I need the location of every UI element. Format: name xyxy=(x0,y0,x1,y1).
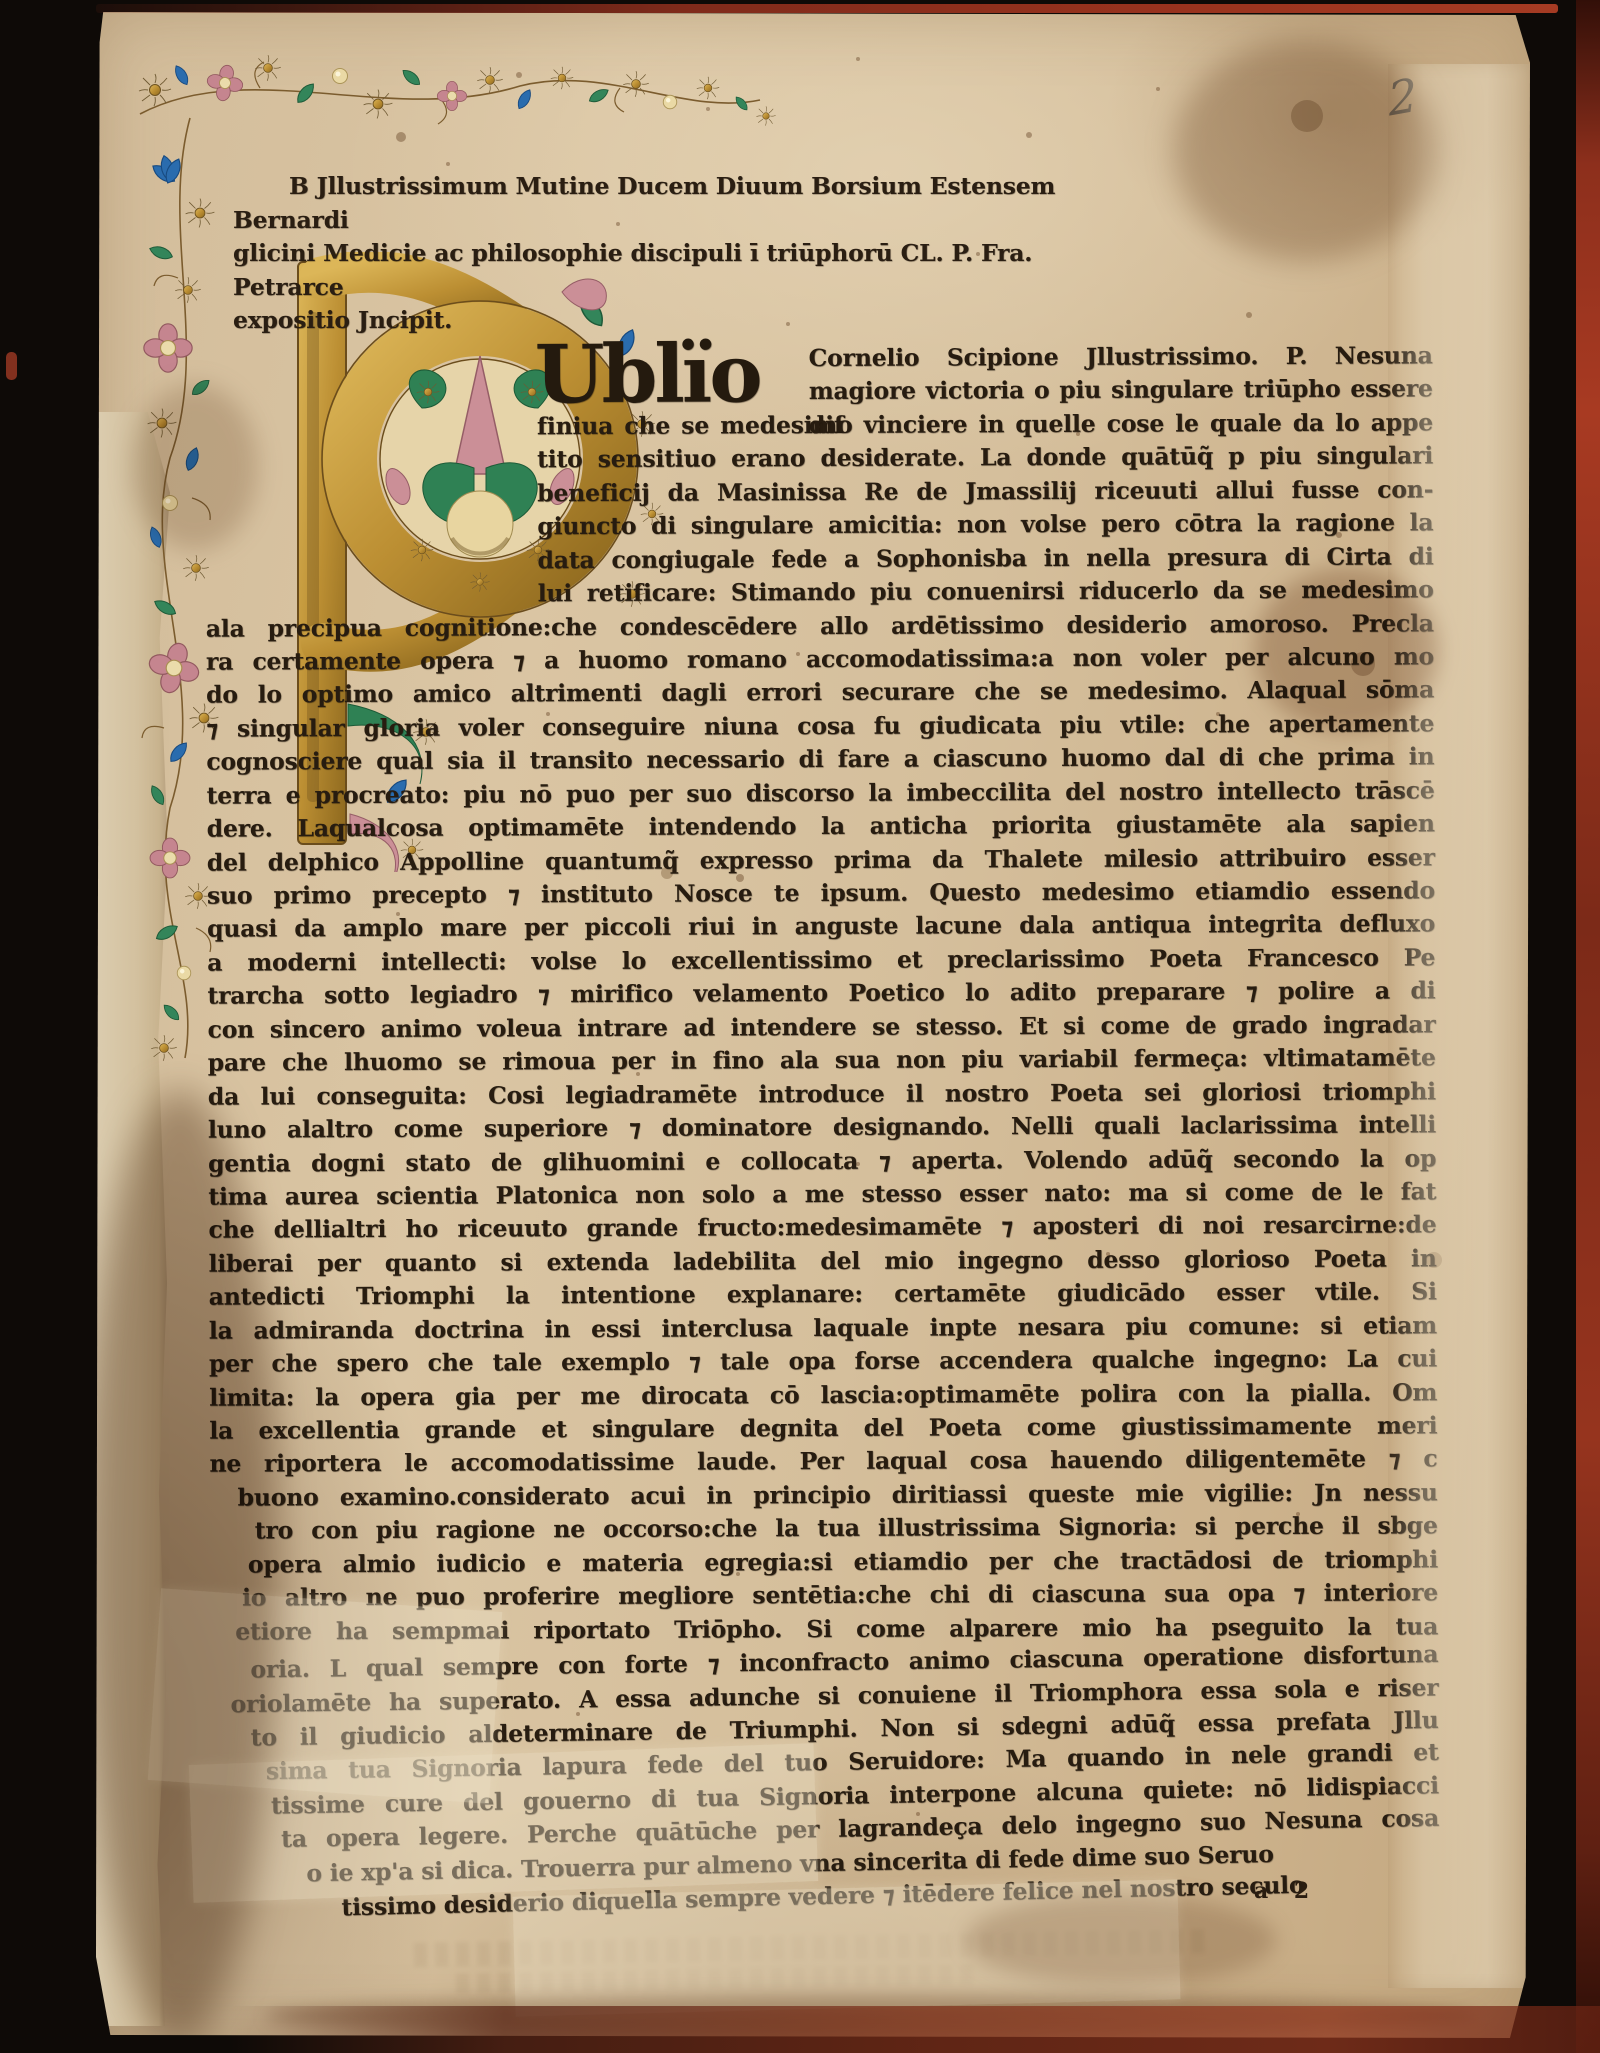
text-line: tro con piu ragione ne occorso:che la tu… xyxy=(210,1510,1438,1549)
text-line: del delphico Appolline quantumq̃ express… xyxy=(207,841,1435,880)
incipit-header: B Jllustrissimum Mutine Ducem Diuum Bors… xyxy=(233,170,1138,338)
text-line: trarcha sotto legiadro ⁊ mirifico velame… xyxy=(207,975,1435,1014)
text-line: per che spero che tale exemplo ⁊ tale op… xyxy=(209,1342,1437,1381)
text-line: che dellialtri ho riceuuto grande fructo… xyxy=(208,1209,1436,1248)
manuscript-page: B Jllustrissimum Mutine Ducem Diuum Bors… xyxy=(96,12,1530,2038)
text-line: la admiranda doctrina in essi interclusa… xyxy=(209,1309,1437,1348)
text-line: do lo optimo amico altrimenti dagli erro… xyxy=(206,674,1434,713)
digitized-book-photograph: B Jllustrissimum Mutine Ducem Diuum Bors… xyxy=(0,0,1600,2053)
text-line: liberai per quanto si extenda ladebilita… xyxy=(209,1242,1437,1281)
text-line: con sincero animo voleua intrare ad inte… xyxy=(207,1008,1435,1047)
text-line: ne riportera le accomodatissime laude. P… xyxy=(209,1443,1437,1482)
text-line: data congiugale fede a Sophonisba in nel… xyxy=(537,540,1433,577)
header-line: B Jllustrissimum Mutine Ducem Diuum Bors… xyxy=(233,170,1138,237)
text-line: la excellentia grande et singulare degni… xyxy=(209,1409,1437,1448)
text-line: giuncto di singulare amicitia: non volse… xyxy=(537,507,1433,544)
text-line: ra certamente opera ⁊ a huomo romano acc… xyxy=(206,640,1434,679)
text-line: a moderni intellecti: volse lo excellent… xyxy=(207,941,1435,980)
header-line: glicini Medicie ac philosophie discipuli… xyxy=(233,237,1138,304)
paper-speckle xyxy=(1246,312,1252,318)
paper-speckle xyxy=(1026,132,1032,138)
paper-speckle xyxy=(856,57,860,61)
text-line: Cornelio Scipione Jllustrissimo. P. Nesu… xyxy=(809,339,1433,375)
text-line: dere. Laqualcosa optimamēte intendendo l… xyxy=(207,807,1435,846)
text-line: buono examino.considerato acui in princi… xyxy=(210,1476,1438,1515)
text-line: antedicti Triomphi la intentione explana… xyxy=(209,1276,1437,1315)
paper-speckle xyxy=(1156,87,1160,91)
quire-signature: a 2 xyxy=(1254,1878,1309,1904)
text-line: ala precipua cognitione:che condescēdere… xyxy=(206,607,1434,646)
text-line: io altro ne puo proferire megliore sentē… xyxy=(210,1577,1438,1616)
text-line: luno alaltro come superiore ⁊ dominatore… xyxy=(208,1108,1436,1147)
folio-number: 2 xyxy=(1386,67,1419,126)
ink-bleedthrough xyxy=(456,1964,976,1993)
text-line: opera almio iudicio e materia egregia:si… xyxy=(210,1543,1438,1582)
text-line: limita: la opera gia per me dirocata cō … xyxy=(209,1376,1437,1415)
text-line: gentia dogni stato de glihuomini e collo… xyxy=(208,1142,1436,1181)
text-line: terra e procreato: piu nō puo per suo di… xyxy=(206,774,1434,813)
text-line: suo primo precepto ⁊ instituto Nosce te … xyxy=(207,874,1435,913)
text-line: cognosciere qual sia il transito necessa… xyxy=(206,741,1434,780)
text-line: tima aurea scientia Platonica non solo a… xyxy=(208,1175,1436,1214)
text-line: magiore victoria o piu singulare triūpho… xyxy=(809,373,1433,409)
text-line: tito sensitiuo erano desiderate. La dond… xyxy=(537,440,1433,477)
text-line: lui retificare: Stimando piu conuenirsi … xyxy=(538,573,1434,610)
body-text: Ublïo Cornelio Scipione Jllustrissimo. P… xyxy=(205,339,1440,1916)
text-line: ⁊ singular gloria voler conseguire niuna… xyxy=(206,707,1434,746)
opening-word: Ublïo xyxy=(535,340,760,408)
paper-speckle xyxy=(1291,100,1323,132)
ink-bleedthrough xyxy=(414,1929,1204,1967)
book-edge-red-top xyxy=(96,4,1558,13)
book-edge-red-bottom xyxy=(230,2006,1600,2053)
text-line: pare che lhuomo se rimoua per in fino al… xyxy=(208,1042,1436,1081)
book-edge-red-right xyxy=(1576,0,1600,2053)
text-line: da lui conseguita: Cosi legiadramēte int… xyxy=(208,1075,1436,1114)
text-line: beneficij da Masinissa Re de Jmassilij r… xyxy=(537,473,1433,510)
text-line: quasi da amplo mare per piccoli riui in … xyxy=(207,908,1435,947)
book-edge-red-fleck xyxy=(6,352,17,380)
